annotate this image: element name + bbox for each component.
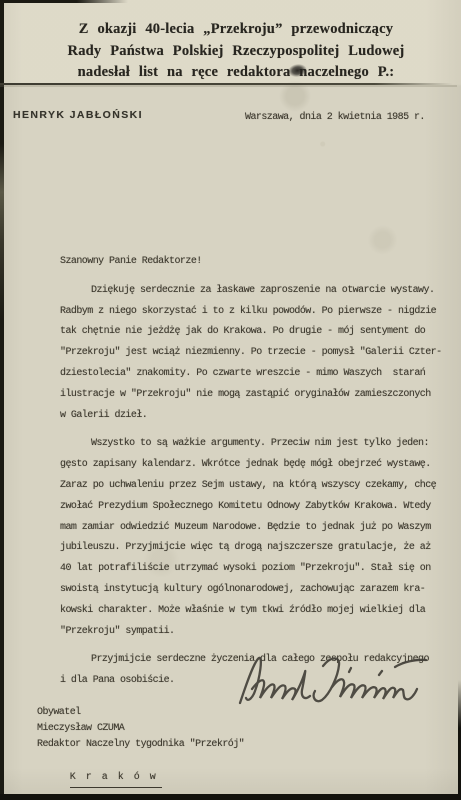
addressee-city: K r a k ó w [70, 770, 162, 788]
typed-line: Redaktor Naczelny tygodnika "Przekrój" [37, 737, 244, 753]
masthead-line: nadesłał list na ręce redaktora naczelne… [40, 62, 432, 84]
addressee-lines: ObywatelMieczysław CZUMARedaktor Naczeln… [37, 705, 244, 754]
signature-ink [228, 645, 433, 710]
typed-line: Dziękuję serdecznie za łaskawe zaproszen… [60, 281, 442, 302]
typed-line: zwołać Prezydium Społecznego Komitetu Od… [60, 497, 442, 518]
sender-name: HENRYK JABŁOŃSKI [13, 109, 143, 121]
masthead-divider-rule [0, 83, 457, 85]
typed-line: Szanowny Panie Redaktorze! [60, 252, 442, 273]
typed-line: w Galerii dzieł. [60, 406, 442, 427]
typed-line: Mieczysław CZUMA [37, 721, 244, 737]
typed-line: Wszystko to są ważkie argumenty. Przeciw… [60, 434, 442, 455]
addressee-city-line: K r a k ó w [37, 754, 244, 800]
typed-line: swoistą instytucją kultury ogólnonarodow… [60, 580, 442, 601]
typed-line: dziestolecia" znakomity. Po czwarte wres… [60, 364, 442, 385]
typed-line: "Przekroju" jest wciąż niezmienny. Po tr… [60, 343, 442, 364]
typed-line: Zaraz po uchwaleniu przez Sejm ustawy, n… [60, 476, 442, 497]
handwritten-signature [228, 645, 433, 710]
scan-edge-top [0, 0, 128, 3]
masthead-line: Z okazji 40-lecia „Przekroju” przewodnic… [40, 19, 432, 41]
typed-line: Obywatel [37, 705, 244, 721]
typed-line: ilustracje w "Przekroju" nie mogą zastąp… [60, 385, 442, 406]
addressee-block: ObywatelMieczysław CZUMARedaktor Naczeln… [37, 705, 244, 800]
letter-body: Szanowny Panie Redaktorze!Dziękuję serde… [60, 252, 442, 692]
dateline: Warszawa, dnia 2 kwietnia 1985 r. [245, 112, 425, 123]
masthead: Z okazji 40-lecia „Przekroju” przewodnic… [40, 19, 432, 84]
typed-line: 40 lat potrafiliście utrzymać wysoki poz… [60, 559, 442, 580]
masthead-line: Rady Państwa Polskiej Rzeczypospolitej L… [40, 41, 432, 63]
typed-line: kowski charakter. Może właśnie w tym tkw… [60, 601, 442, 622]
typed-line: "Przekroju" sympatii. [60, 622, 442, 643]
typed-line: jubileuszu. Przyjmijcie więc tą drogą na… [60, 538, 442, 559]
scanned-letter-page: Z okazji 40-lecia „Przekroju” przewodnic… [0, 0, 461, 800]
typed-line: Radbym z niego skorzystać i to z kilku p… [60, 302, 442, 323]
typed-line: mam zamiar odwiedzić Muzeum Narodowe. Bę… [60, 518, 442, 539]
typed-line: gęsto zapisany kalendarz. Wkrótce jednak… [60, 455, 442, 476]
scan-edge-left [0, 0, 4, 800]
typed-line: tak chętnie nie jeżdżę jak do Krakowa. P… [60, 322, 442, 343]
